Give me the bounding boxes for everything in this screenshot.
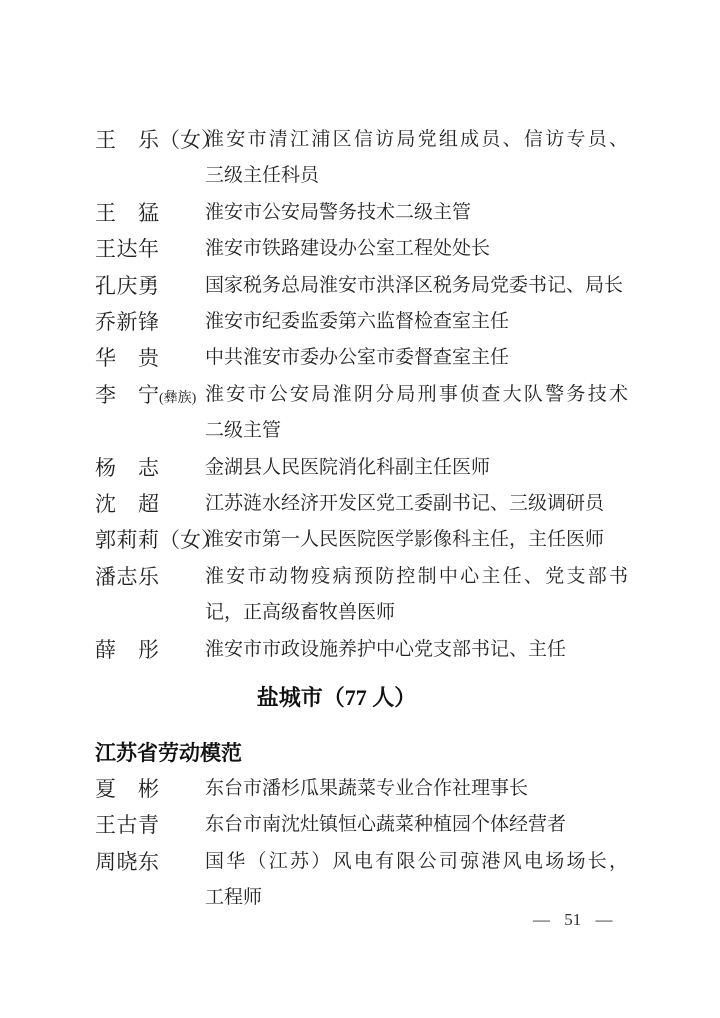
roster-row: 王达年 淮安市铁路建设办公室工程处处长 bbox=[95, 231, 628, 267]
person-title: 淮安市清江浦区信访局党组成员、信访专员、 三级主任科员 bbox=[205, 122, 628, 195]
award-category-heading: 江苏省劳动模范 bbox=[95, 735, 628, 771]
person-name: 沈超 bbox=[95, 486, 159, 522]
page-number: — 51 — bbox=[533, 910, 613, 930]
city-section-heading: 盐城市（77 人） bbox=[95, 680, 628, 716]
roster-row: 王猛 淮安市公安局警务技术二级主管 bbox=[95, 195, 628, 231]
roster-row: 沈超 江苏涟水经济开发区党工委副书记、三级调研员 bbox=[95, 486, 628, 522]
person-name: 周晓东 bbox=[95, 844, 159, 880]
person-title: 淮安市公安局警务技术二级主管 bbox=[205, 195, 628, 231]
person-name: 华贵 bbox=[95, 340, 159, 376]
document-page: 王乐（女） 淮安市清江浦区信访局党组成员、信访专员、 三级主任科员 王猛 淮安市… bbox=[0, 0, 720, 1018]
roster-row: 薛彤 淮安市市政设施养护中心党支部书记、主任 bbox=[95, 632, 628, 668]
person-title: 淮安市第一人民医院医学影像科主任，主任医师 bbox=[205, 522, 628, 558]
roster-row: 李宁(彝族) 淮安市公安局淮阴分局刑事侦查大队警务技术 二级主管 bbox=[95, 377, 628, 450]
roster-row: 郭莉莉（女） 淮安市第一人民医院医学影像科主任，主任医师 bbox=[95, 522, 628, 558]
person-title: 淮安市公安局淮阴分局刑事侦查大队警务技术 二级主管 bbox=[205, 377, 628, 450]
person-title: 江苏涟水经济开发区党工委副书记、三级调研员 bbox=[205, 486, 628, 522]
roster-row: 乔新锋 淮安市纪委监委第六监督检查室主任 bbox=[95, 304, 628, 340]
person-title: 国华（江苏）风电有限公司弶港风电场场长， 工程师 bbox=[205, 844, 628, 917]
person-title: 淮安市动物疫病预防控制中心主任、党支部书 记，正高级畜牧兽医师 bbox=[205, 559, 628, 632]
person-name: 潘志乐 bbox=[95, 559, 159, 595]
person-name: 郭莉莉 bbox=[95, 522, 159, 558]
person-name: 杨志 bbox=[95, 450, 159, 486]
person-name: 王猛 bbox=[95, 195, 159, 231]
person-title: 国家税务总局淮安市洪泽区税务局党委书记、局长 bbox=[205, 268, 628, 304]
person-name: 薛彤 bbox=[95, 632, 159, 668]
roster-row: 杨志 金湖县人民医院消化科副主任医师 bbox=[95, 450, 628, 486]
roster-row: 华贵 中共淮安市委办公室市委督查室主任 bbox=[95, 340, 628, 376]
person-title: 淮安市纪委监委第六监督检查室主任 bbox=[205, 304, 628, 340]
roster-content: 王乐（女） 淮安市清江浦区信访局党组成员、信访专员、 三级主任科员 王猛 淮安市… bbox=[95, 122, 628, 917]
roster-row: 王乐（女） 淮安市清江浦区信访局党组成员、信访专员、 三级主任科员 bbox=[95, 122, 628, 195]
person-title: 淮安市铁路建设办公室工程处处长 bbox=[205, 231, 628, 267]
person-title: 金湖县人民医院消化科副主任医师 bbox=[205, 450, 628, 486]
person-title: 东台市潘杉瓜果蔬菜专业合作社理事长 bbox=[205, 771, 628, 807]
person-name: 李宁 bbox=[95, 377, 159, 413]
person-name: 王达年 bbox=[95, 231, 159, 267]
roster-row: 夏彬 东台市潘杉瓜果蔬菜专业合作社理事长 bbox=[95, 771, 628, 807]
person-name: 王古青 bbox=[95, 807, 159, 843]
roster-row: 孔庆勇 国家税务总局淮安市洪泽区税务局党委书记、局长 bbox=[95, 268, 628, 304]
person-name: 乔新锋 bbox=[95, 304, 159, 340]
ethnicity-annotation: (彝族) bbox=[159, 391, 196, 406]
roster-row: 周晓东 国华（江苏）风电有限公司弶港风电场场长， 工程师 bbox=[95, 844, 628, 917]
roster-row: 王古青 东台市南沈灶镇恒心蔬菜种植园个体经营者 bbox=[95, 807, 628, 843]
person-name: 夏彬 bbox=[95, 771, 159, 807]
roster-row: 潘志乐 淮安市动物疫病预防控制中心主任、党支部书 记，正高级畜牧兽医师 bbox=[95, 559, 628, 632]
person-title: 中共淮安市委办公室市委督查室主任 bbox=[205, 340, 628, 376]
person-title: 东台市南沈灶镇恒心蔬菜种植园个体经营者 bbox=[205, 807, 628, 843]
person-name: 孔庆勇 bbox=[95, 268, 159, 304]
person-name: 王乐 bbox=[95, 122, 159, 158]
person-title: 淮安市市政设施养护中心党支部书记、主任 bbox=[205, 632, 628, 668]
